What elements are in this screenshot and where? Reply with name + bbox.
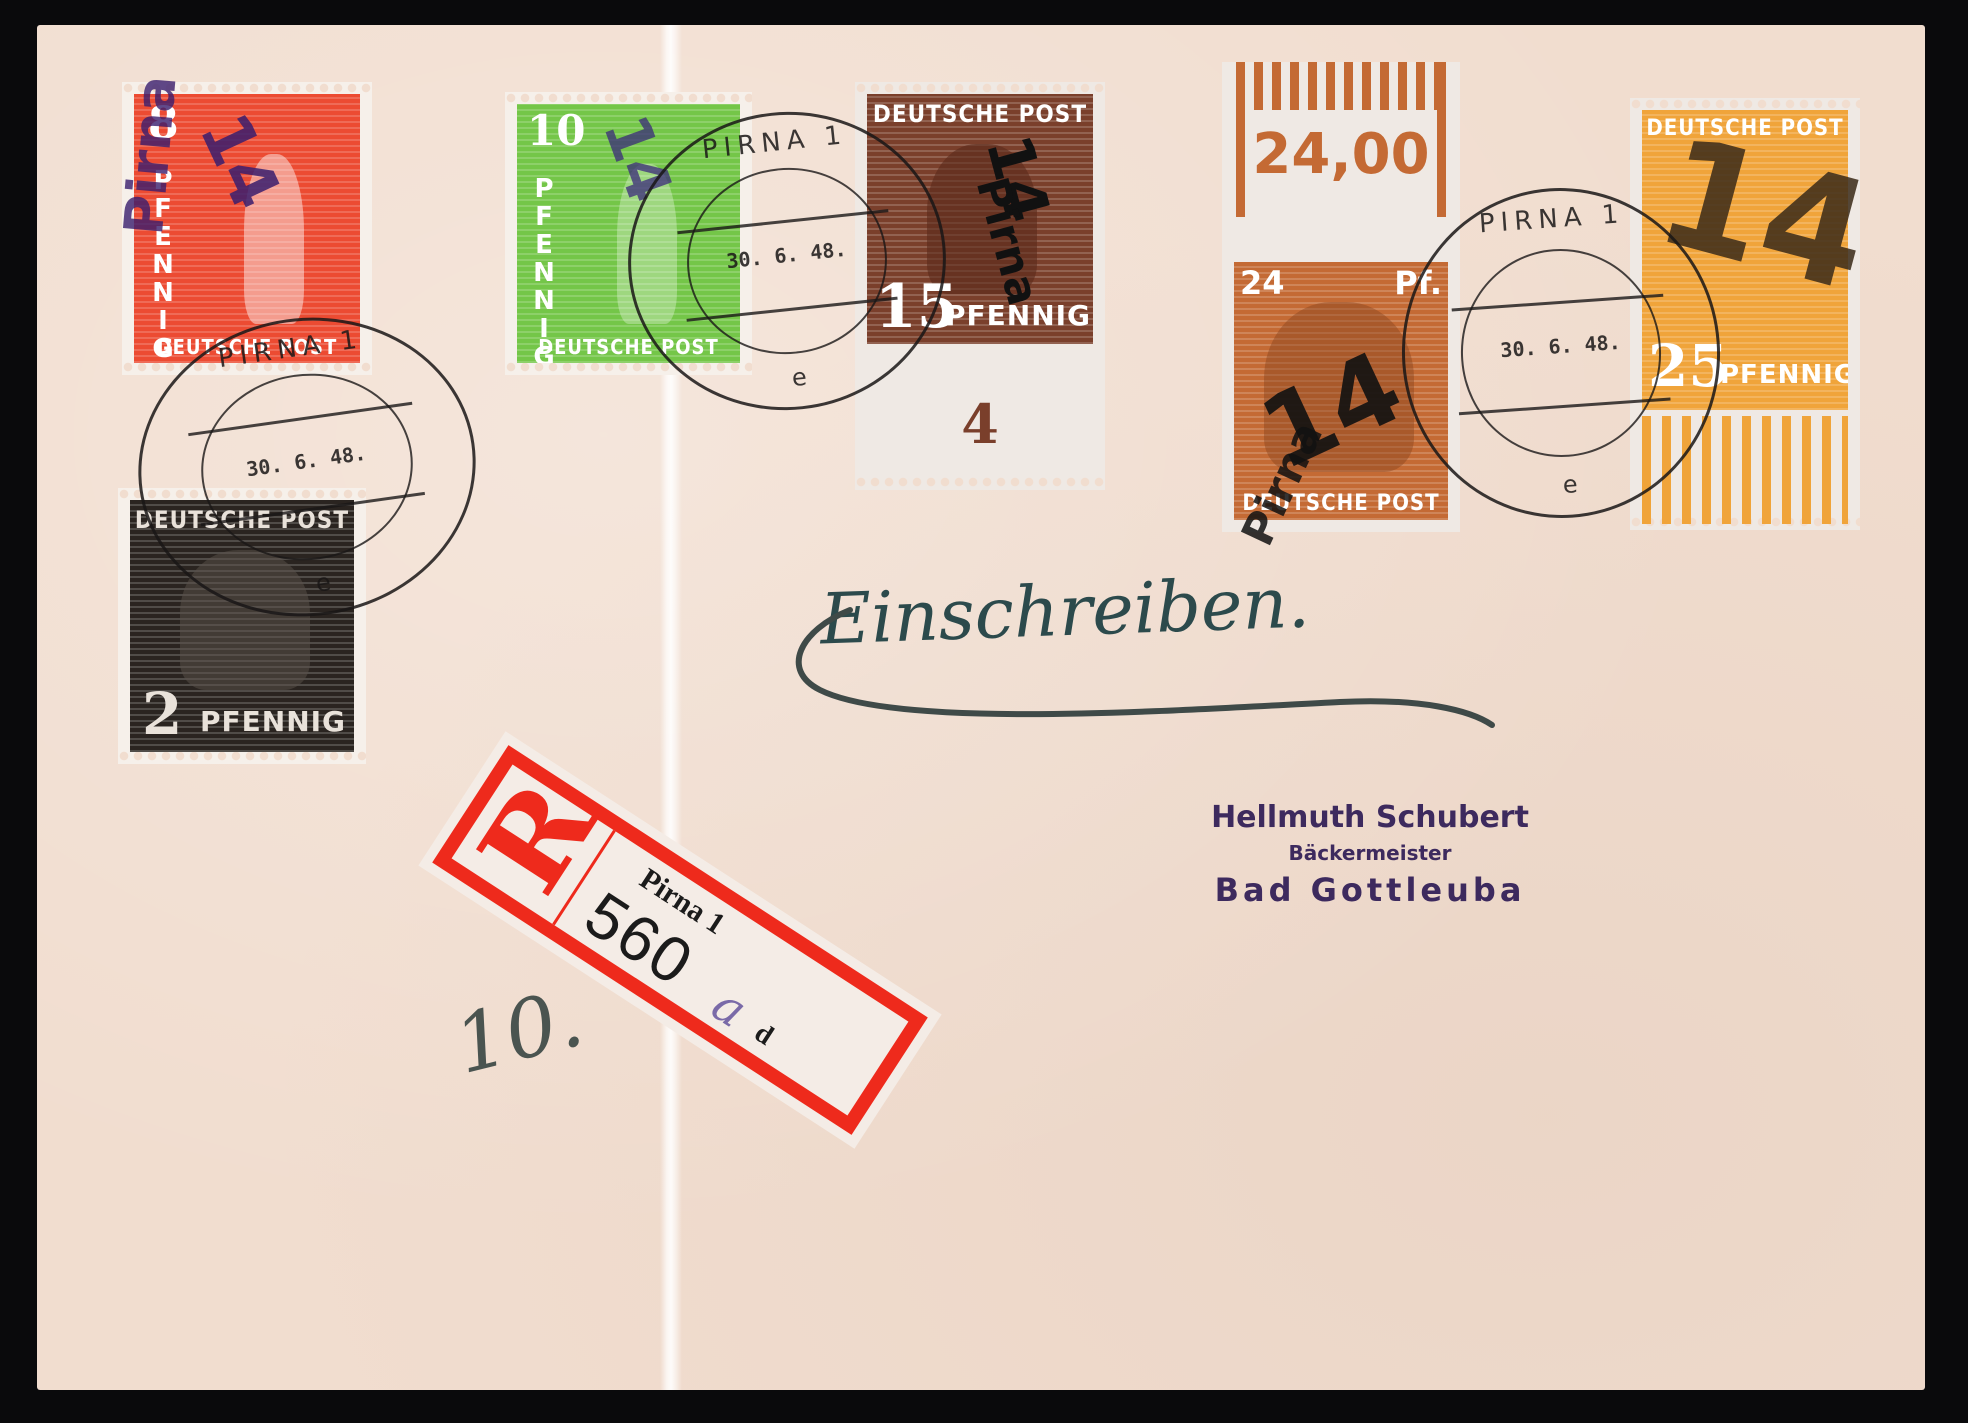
stamp-25-pfennig-text: PFENNIG — [1720, 360, 1848, 390]
stamp-15-design: DEUTSCHE POST 15 PFENNIG — [867, 94, 1093, 344]
sender-occupation: Bäckermeister — [1190, 841, 1550, 865]
stamp-8-value: 8 — [148, 98, 179, 149]
stamp-24-value: 24 — [1240, 264, 1285, 302]
stamp-25-value: 25 — [1648, 332, 1729, 400]
stamp-15-header: DEUTSCHE POST — [867, 100, 1093, 128]
stamp-10-footer: DEUTSCHE POST — [517, 335, 740, 359]
stamp-2-value: 2 — [142, 680, 182, 748]
stamp-2-pfennig-text: PFENNIG — [200, 705, 346, 738]
margin-bar-left — [1236, 62, 1245, 217]
margin-bar-right — [1437, 62, 1446, 217]
stamp-10-design: 10 PFENNIG DEUTSCHE POST — [517, 104, 740, 363]
stamp-25-design: DEUTSCHE POST 25 PFENNIG — [1642, 110, 1848, 410]
sower-figure-icon — [617, 164, 677, 324]
stamp-8-design: 8 PFENNIG DEUTSCHE POST — [134, 94, 360, 363]
stamp-15-pfennig-text: PFENNIG — [945, 299, 1091, 332]
registration-handwritten-mark: a — [702, 977, 757, 1040]
sender-cachet: Hellmuth Schubert Bäckermeister Bad Gott… — [1190, 800, 1550, 909]
sheet-margin-bars — [1642, 416, 1848, 524]
stamp-8-pfennig: 8 PFENNIG DEUTSCHE POST 14 Pirna — [122, 82, 372, 375]
sower-figure-icon — [244, 154, 304, 324]
sender-town: Bad Gottleuba — [1190, 871, 1550, 909]
worker-figure-icon — [180, 550, 310, 690]
stamp-8-pfennig-text: PFENNIG — [148, 166, 178, 362]
registration-r-box: R — [452, 764, 616, 925]
sender-name: Hellmuth Schubert — [1190, 800, 1550, 835]
stamp-8-footer: DEUTSCHE POST — [134, 335, 360, 359]
sheet-margin-value: 24,00 — [1242, 122, 1440, 187]
stamp-2-pfennig: DEUTSCHE POST 2 PFENNIG — [118, 488, 366, 764]
stamp-24-design: 24 Pf. DEUTSCHE POST — [1234, 262, 1448, 520]
sheet-margin-number: 4 — [855, 392, 1105, 456]
stamp-15-pfennig: DEUTSCHE POST 15 PFENNIG 4 14 Pirna — [855, 82, 1105, 490]
stamp-2-header: DEUTSCHE POST — [130, 506, 354, 534]
sheet-margin-bars — [1236, 62, 1446, 110]
registration-suffix: d — [748, 1017, 778, 1052]
stamp-10-value: 10 — [527, 106, 585, 155]
stamp-2-design: DEUTSCHE POST 2 PFENNIG — [130, 500, 354, 752]
stamp-24-pfennig: 24,00 24 Pf. DEUTSCHE POST 14 Pirna — [1222, 62, 1460, 532]
stamp-24-footer: DEUTSCHE POST — [1234, 491, 1448, 516]
workers-figure-icon — [1264, 302, 1414, 472]
stamp-24-unit: Pf. — [1394, 264, 1442, 302]
stamp-25-header: DEUTSCHE POST — [1642, 116, 1848, 141]
stamp-10-pfennig: 10 PFENNIG DEUTSCHE POST 14 — [505, 92, 752, 375]
handwriting-underline-flourish — [780, 590, 1500, 730]
stamp-25-pfennig: DEUTSCHE POST 25 PFENNIG 14 — [1630, 98, 1860, 530]
